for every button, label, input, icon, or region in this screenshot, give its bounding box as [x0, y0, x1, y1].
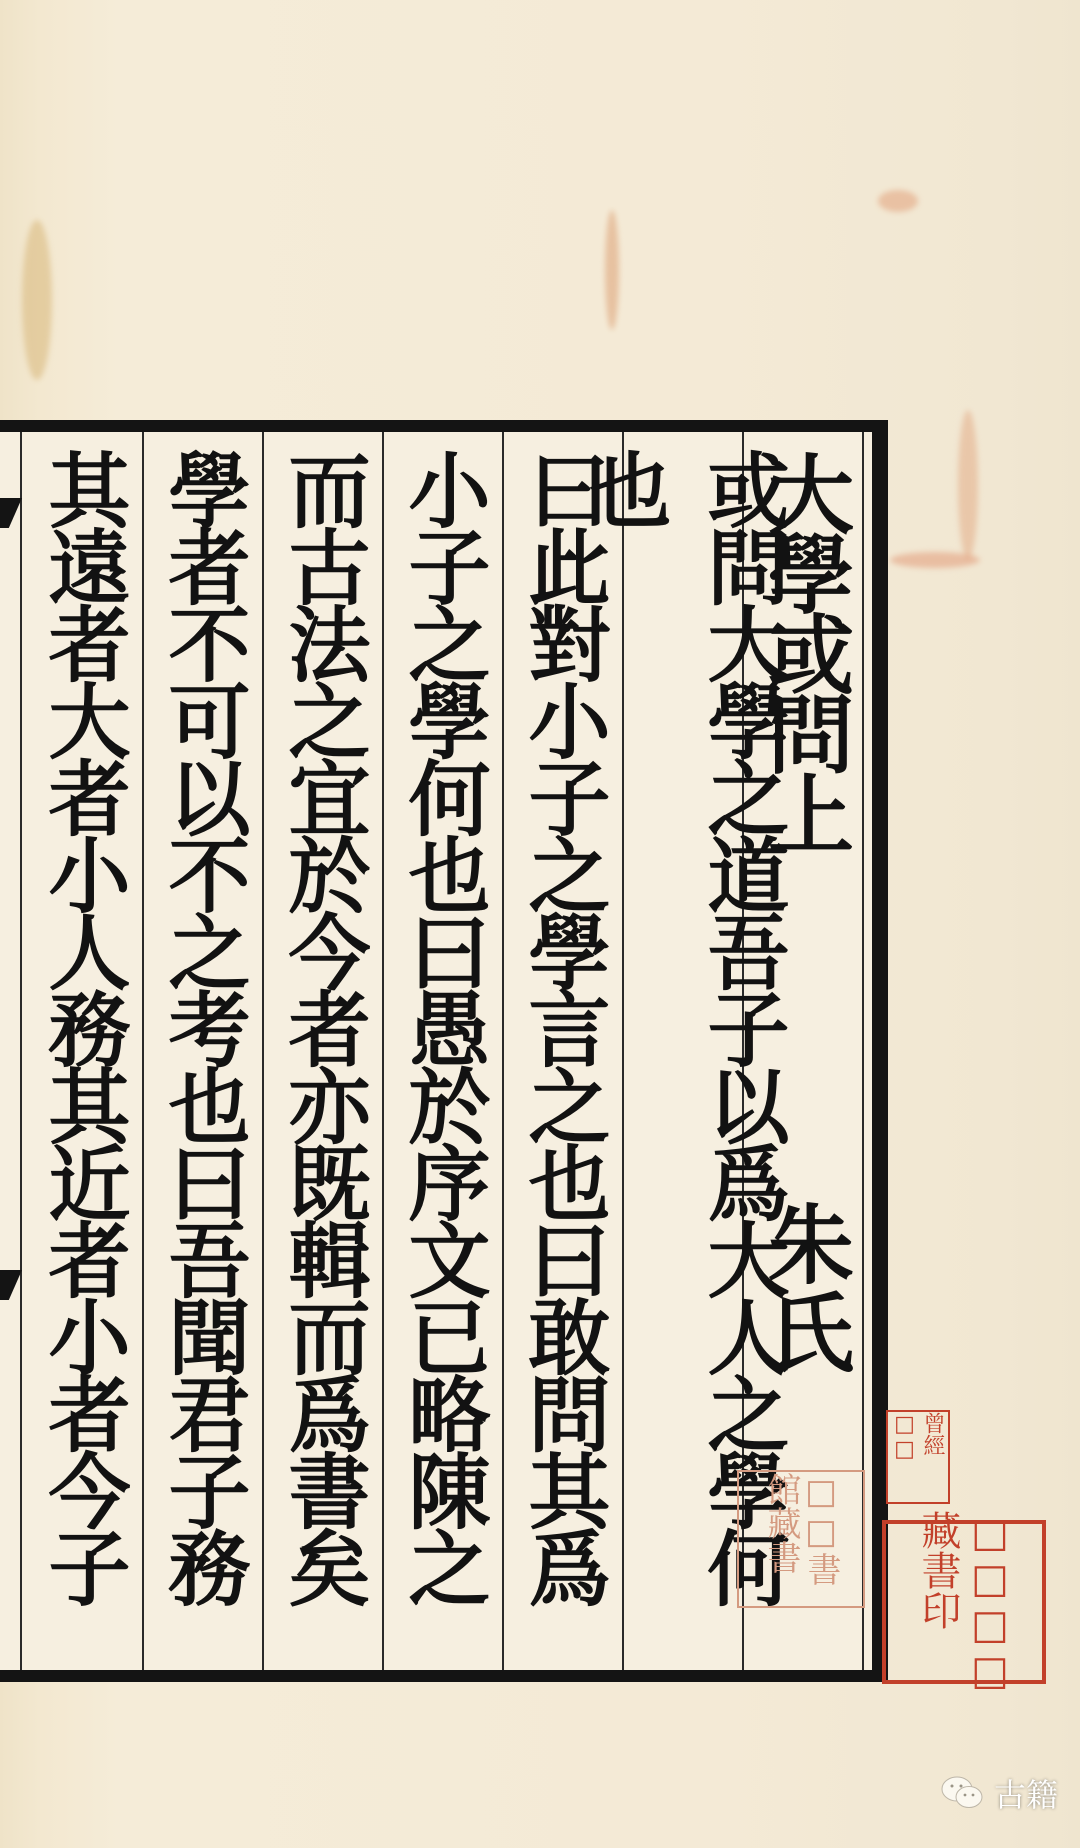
paper-stain: [890, 552, 980, 568]
paper-stain: [22, 220, 52, 380]
collector-seal-large-text: □□□□藏書印: [912, 1510, 1016, 1694]
text-column-3: 小子之學何也曰愚於序文已略陳之: [384, 448, 502, 1668]
collector-seal-small: 曾經□□: [886, 1410, 950, 1504]
collector-seal-small-text: 曾經□□: [890, 1412, 946, 1502]
text-column-2: 曰此對小子之學言之也曰敢問其爲: [504, 448, 622, 1668]
library-seal-text: □□書館藏書: [761, 1472, 841, 1606]
library-seal: □□書館藏書: [737, 1470, 865, 1608]
paper-stain: [605, 210, 619, 330]
text-column-1: 或問大學之道吾子以爲大人之學何也: [624, 448, 742, 1668]
text-column-5: 學者不可以不之考也曰吾聞君子務: [144, 448, 262, 1668]
paper-stain: [878, 190, 918, 212]
text-column-4: 而古法之宜於今者亦既輯而爲書矣: [264, 448, 382, 1668]
watermark-text: 古籍: [994, 1770, 1058, 1816]
wechat-watermark: 古籍: [940, 1770, 1058, 1816]
collector-seal-large: □□□□藏書印: [882, 1520, 1046, 1684]
wechat-icon: [940, 1775, 986, 1811]
text-column-6: 其遠者大者小人務其近者小者今子: [24, 448, 142, 1668]
paper-stain: [958, 410, 978, 560]
column-divider: [20, 432, 22, 1670]
